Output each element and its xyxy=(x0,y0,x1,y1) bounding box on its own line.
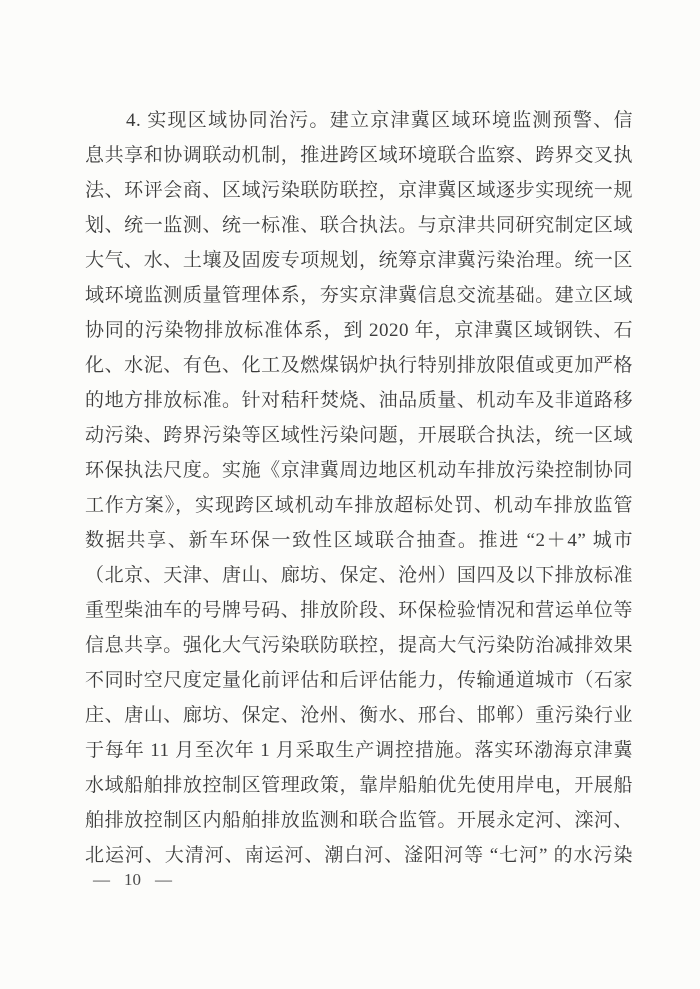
text-line: 动污染、跨界污染等区域性污染问题，开展联合执法，统一区域 xyxy=(85,418,633,453)
text-line: 大气、水、土壤及固废专项规划，统筹京津冀污染治理。统一区 xyxy=(85,243,633,278)
text-line: 的地方排放标准。针对秸秆焚烧、油品质量、机动车及非道路移 xyxy=(85,383,633,418)
text-line: 庄、唐山、廊坊、保定、沧州、衡水、邢台、邯郸）重污染行业 xyxy=(85,698,633,733)
text-line: 重型柴油车的号牌号码、排放阶段、环保检验情况和营运单位等 xyxy=(85,593,633,628)
text-line: （北京、天津、唐山、廊坊、保定、沧州）国四及以下排放标准 xyxy=(85,558,633,593)
text-line: 工作方案》，实现跨区域机动车排放超标处罚、机动车排放监管 xyxy=(85,488,633,523)
footer-dash-left: — xyxy=(93,870,110,889)
text-line: 域环境监测质量管理体系，夯实京津冀信息交流基础。建立区域 xyxy=(85,278,633,313)
text-line: 不同时空尺度定量化前评估和后评估能力，传输通道城市（石家 xyxy=(85,663,633,698)
footer-dash-right: — xyxy=(155,870,172,889)
text-line: 化、水泥、有色、化工及燃煤锅炉执行特别排放限值或更加严格 xyxy=(85,348,633,383)
text-line: 于每年 11 月至次年 1 月采取生产调控措施。落实环渤海京津冀 xyxy=(85,733,633,768)
text-line: 法、环评会商、区域污染联防联控，京津冀区域逐步实现统一规 xyxy=(85,173,633,208)
page-number: 10 xyxy=(124,870,141,889)
text-line: 环保执法尺度。实施《京津冀周边地区机动车排放污染控制协同 xyxy=(85,453,633,488)
body-paragraph: 4. 实现区域协同治污。建立京津冀区域环境监测预警、信息共享和协调联动机制，推进… xyxy=(85,103,633,873)
text-line: 协同的污染物排放标准体系，到 2020 年，京津冀区域钢铁、石 xyxy=(85,313,633,348)
text-line: 息共享和协调联动机制，推进跨区域环境联合监察、跨界交叉执 xyxy=(85,138,633,173)
text-line: 水域船舶排放控制区管理政策，靠岸船舶优先使用岸电，开展船 xyxy=(85,768,633,803)
text-line: 舶排放控制区内船舶排放监测和联合监管。开展永定河、滦河、 xyxy=(85,803,633,838)
text-line: 4. 实现区域协同治污。建立京津冀区域环境监测预警、信 xyxy=(85,103,633,138)
text-line: 信息共享。强化大气污染联防联控，提高大气污染防治减排效果 xyxy=(85,628,633,663)
document-page: 4. 实现区域协同治污。建立京津冀区域环境监测预警、信息共享和协调联动机制，推进… xyxy=(0,0,700,989)
page-footer: —10— xyxy=(93,866,172,894)
text-line: 数据共享、新车环保一致性区域联合抽查。推进 “2＋4” 城市 xyxy=(85,523,633,558)
text-line: 划、统一监测、统一标准、联合执法。与京津共同研究制定区域 xyxy=(85,208,633,243)
